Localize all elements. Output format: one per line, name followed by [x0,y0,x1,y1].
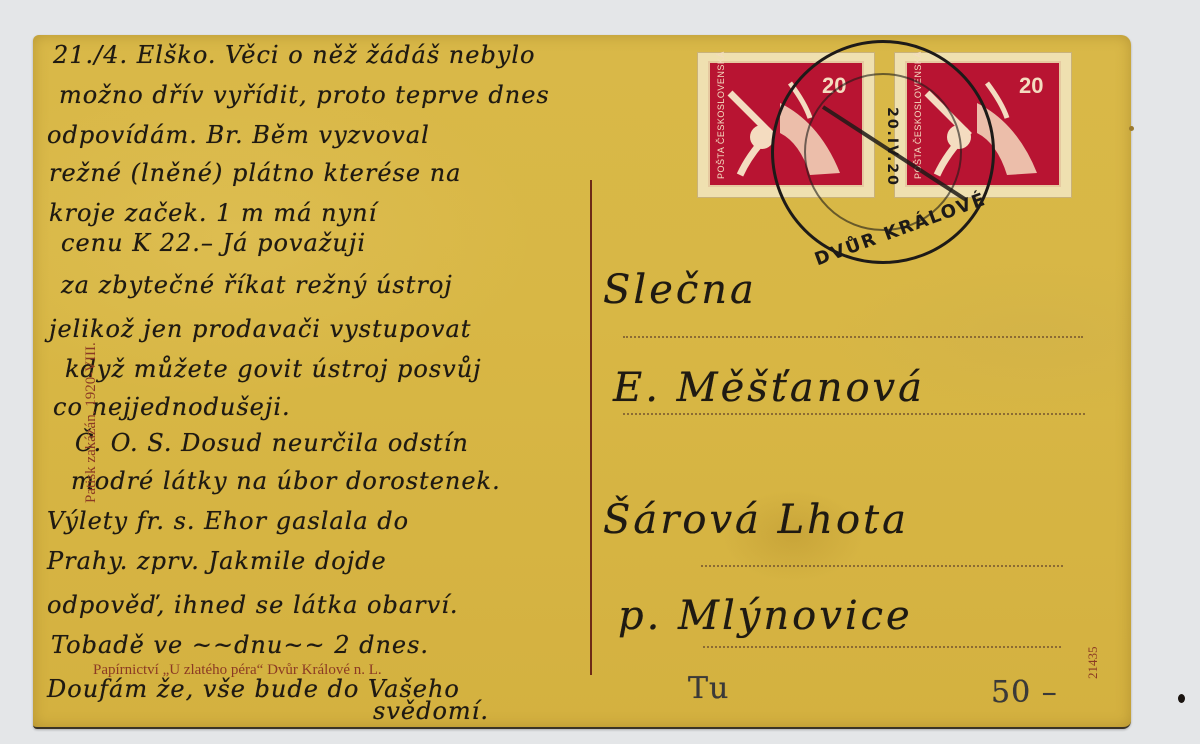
message-line-12: modré látky na úbor dorostenek. [71,467,501,495]
address-line-2: E. Měšťanová [613,365,925,411]
pencil-mark-left: Tu [688,671,729,706]
message-line-11: Č. O. S. Dosud neurčila odstín [75,429,469,457]
printed-serial-number: 21435 [1085,647,1101,680]
message-line-1: 21./4. Elško. Věci o něž žádáš nebylo [53,41,536,69]
address-dotted-line-1 [623,336,1083,338]
message-line-8: jelikož jen prodavači vystupovat [49,315,471,343]
stain-spot [1129,126,1134,131]
message-line-7: za zbytečné říkat režný ústroj [61,271,453,299]
address-dotted-line-4 [703,646,1061,648]
message-line-4: režné (lněné) plátno kterése na [49,159,461,187]
dust-speck [1178,694,1185,703]
card-divider-line [590,180,592,675]
message-line-6: cenu K 22.– Já považuji [61,229,366,257]
message-line-13: Výlety fr. s. Ehor gaslala do [47,507,409,535]
message-line-14: Prahy. zprv. Jakmile dojde [47,547,387,575]
message-line-15: odpověď, ihned se látka obarví. [47,591,459,619]
address-line-3: Šárová Lhota [603,497,909,543]
printed-copyright-notice: Patisk zakázán. 1920-VIII. [83,342,100,503]
address-dotted-line-2 [623,413,1085,415]
postcard: 21./4. Elško. Věci o něž žádáš nebylo mo… [33,35,1131,729]
address-line-1: Slečna [603,267,757,313]
message-line-3: odpovídám. Br. Běm vyzvoval [47,121,430,149]
message-line-5: kroje začek. 1 m má nyní [49,199,377,227]
postmark-circle: DVŮR KRÁLOVÉ 20.IV.20 [771,40,995,264]
message-line-9: když můžete govit ústroj posvůj [65,355,482,383]
message-line-18: svědomí. [373,697,489,725]
message-line-16: Tobadě ve ~~dnu~~ 2 dnes. [51,631,429,659]
address-line-4: p. Mlýnovice [618,593,913,639]
address-dotted-line-3 [701,565,1063,567]
pencil-mark-price: 50 – [991,675,1058,710]
printed-publisher: Papírnictví „U zlatého péra“ Dvůr Králov… [93,662,382,679]
message-line-2: možno dřív vyřídit, proto teprve dnes [59,81,550,109]
